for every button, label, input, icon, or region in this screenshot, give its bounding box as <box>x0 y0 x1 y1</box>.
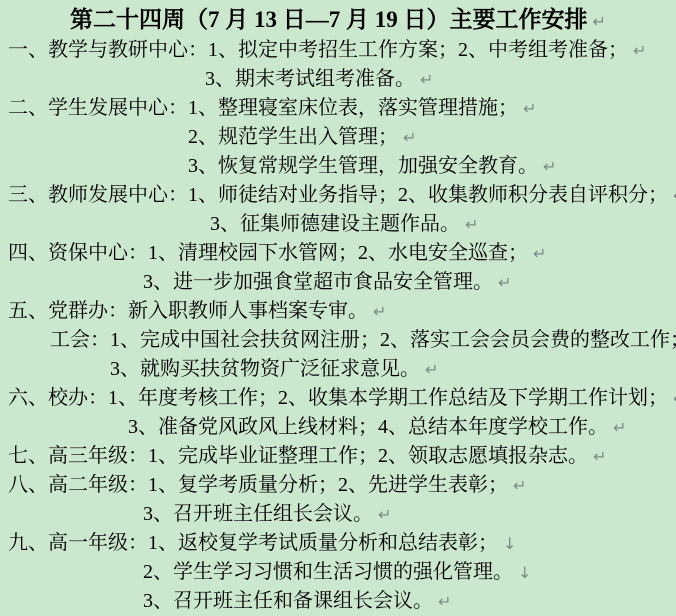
line-text: 二、学生发展中心：1、整理寝室床位表，落实管理措施； <box>8 97 518 119</box>
schedule-line-senior2-grade-cont: 3、召开班主任组长会议。↵ <box>0 500 676 529</box>
paragraph-mark-icon: ↵ <box>613 418 626 437</box>
schedule-line-student-center-cont: 2、规范学生出入管理；↵ <box>0 123 676 152</box>
paragraph-mark-icon: ↵ <box>523 99 536 118</box>
line-break-mark-icon: ↓ <box>518 563 531 582</box>
line-text: 3、就购买扶贫物资广泛征求意见。 <box>110 358 420 380</box>
page-title-text: 第二十四周（7 月 13 日—7 月 19 日）主要工作安排 <box>70 7 588 32</box>
schedule-line-teaching-center: 一、教学与教研中心：1、拟定中考招生工作方案；2、中考组考准备；↵ <box>0 36 676 65</box>
page-title: 第二十四周（7 月 13 日—7 月 19 日）主要工作安排↵ <box>0 0 676 36</box>
schedule-line-logistics-center: 四、资保中心：1、清理校园下水管网；2、水电安全巡查；↵ <box>0 239 676 268</box>
schedule-line-labor-union: 工会：1、完成中国社会扶贫网注册；2、落实工会会员会费的整改工作； <box>0 326 676 355</box>
paragraph-mark-icon: ↵ <box>425 360 438 379</box>
line-text: 工会：1、完成中国社会扶贫网注册；2、落实工会会员会费的整改工作； <box>50 329 676 351</box>
schedule-line-school-office-cont: 3、准备党风政风上线材料；4、总结本年度学校工作。↵ <box>0 413 676 442</box>
line-text: 3、准备党风政风上线材料；4、总结本年度学校工作。 <box>128 416 608 438</box>
line-text: 三、教师发展中心：1、师徒结对业务指导；2、收集教师积分表自评积分； <box>8 184 668 206</box>
paragraph-mark-icon: ↵ <box>498 273 511 292</box>
paragraph-mark-icon: ↵ <box>438 592 451 611</box>
line-text: 六、校办：1、年度考核工作；2、收集本学期工作总结及下学期工作计划； <box>8 387 668 409</box>
schedule-line-labor-union-cont: 3、就购买扶贫物资广泛征求意见。↵ <box>0 355 676 384</box>
schedule-line-teacher-center: 三、教师发展中心：1、师徒结对业务指导；2、收集教师积分表自评积分；↵ <box>0 181 676 210</box>
paragraph-mark-icon: ↵ <box>378 505 391 524</box>
paragraph-mark-icon: ↵ <box>593 447 606 466</box>
line-break-mark-icon: ↓ <box>503 534 516 553</box>
line-text: 五、党群办：新入职教师人事档案专审。 <box>8 300 368 322</box>
schedule-line-senior3-grade: 七、高三年级：1、完成毕业证整理工作；2、领取志愿填报杂志。↵ <box>0 442 676 471</box>
schedule-line-senior1-grade-cont: 2、学生学习习惯和生活习惯的强化管理。↓ <box>0 558 676 587</box>
line-text: 2、规范学生出入管理； <box>188 126 398 148</box>
schedule-line-party-office: 五、党群办：新入职教师人事档案专审。↵ <box>0 297 676 326</box>
line-text: 一、教学与教研中心：1、拟定中考招生工作方案；2、中考组考准备； <box>8 39 628 61</box>
line-text: 七、高三年级：1、完成毕业证整理工作；2、领取志愿填报杂志。 <box>8 445 588 467</box>
document-page: 第二十四周（7 月 13 日—7 月 19 日）主要工作安排↵ 一、教学与教研中… <box>0 0 676 616</box>
line-text: 3、召开班主任组长会议。 <box>143 503 373 525</box>
paragraph-mark-icon: ↵ <box>373 302 386 321</box>
line-text: 2、学生学习习惯和生活习惯的强化管理。 <box>143 561 513 583</box>
schedule-line-senior2-grade: 八、高二年级：1、复学考质量分析；2、先进学生表彰；↵ <box>0 471 676 500</box>
line-text: 八、高二年级：1、复学考质量分析；2、先进学生表彰； <box>8 474 508 496</box>
paragraph-mark-icon: ↵ <box>533 244 546 263</box>
schedule-line-teacher-center-cont: 3、征集师德建设主题作品。↵ <box>0 210 676 239</box>
paragraph-mark-icon: ↵ <box>403 128 416 147</box>
line-text: 3、进一步加强食堂超市食品安全管理。 <box>143 271 493 293</box>
paragraph-mark-icon: ↵ <box>513 476 526 495</box>
paragraph-mark-icon: ↵ <box>465 215 478 234</box>
schedule-line-teaching-center-cont: 3、期末考试组考准备。↵ <box>0 65 676 94</box>
schedule-line-senior1-grade: 九、高一年级：1、返校复学考试质量分析和总结表彰；↓ <box>0 529 676 558</box>
paragraph-mark-icon: ↵ <box>593 12 606 31</box>
paragraph-mark-icon: ↵ <box>633 41 646 60</box>
schedule-line-senior1-grade-cont: 3、召开班主任和备课组长会议。↵ <box>0 587 676 616</box>
paragraph-mark-icon: ↵ <box>543 157 556 176</box>
line-text: 九、高一年级：1、返校复学考试质量分析和总结表彰； <box>8 532 498 554</box>
line-text: 3、恢复常规学生管理，加强安全教育。 <box>188 155 538 177</box>
line-text: 3、征集师德建设主题作品。 <box>210 213 460 235</box>
schedule-line-student-center: 二、学生发展中心：1、整理寝室床位表，落实管理措施；↵ <box>0 94 676 123</box>
line-text: 3、期末考试组考准备。 <box>205 68 415 90</box>
paragraph-mark-icon: ↵ <box>420 70 433 89</box>
schedule-line-school-office: 六、校办：1、年度考核工作；2、收集本学期工作总结及下学期工作计划；↵ <box>0 384 676 413</box>
schedule-line-student-center-cont: 3、恢复常规学生管理，加强安全教育。↵ <box>0 152 676 181</box>
line-text: 四、资保中心：1、清理校园下水管网；2、水电安全巡查； <box>8 242 528 264</box>
schedule-line-logistics-center-cont: 3、进一步加强食堂超市食品安全管理。↵ <box>0 268 676 297</box>
line-text: 3、召开班主任和备课组长会议。 <box>143 590 433 612</box>
